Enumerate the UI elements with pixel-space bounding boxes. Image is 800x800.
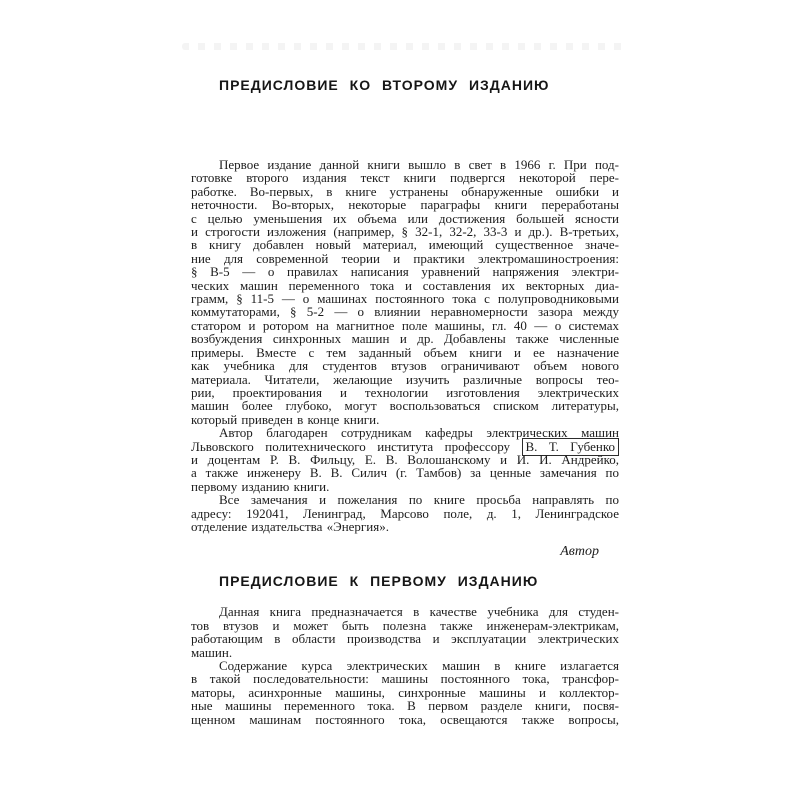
text-line: неточности. Во-вторых, некоторые парагра… — [191, 198, 619, 211]
section-title: ПРЕДИСЛОВИЕ КО ВТОРОМУ ИЗДАНИЮ — [219, 78, 619, 92]
text-line: ние для современной теории и практики эл… — [191, 252, 619, 265]
text-line: который приведен в конце книги. — [191, 413, 619, 426]
section-title: ПРЕДИСЛОВИЕ К ПЕРВОМУ ИЗДАНИЮ — [219, 574, 619, 588]
text-line: тов втузов и может быть полезна также ин… — [191, 619, 619, 632]
paragraph: Все замечания и пожелания по книге прось… — [191, 493, 619, 533]
paragraph: Содержание курса электрических машин в к… — [191, 659, 619, 726]
text-line: щенном машинам постоянного тока, освещаю… — [191, 713, 619, 726]
text-line: работке. Во-первых, в книге устранены об… — [191, 185, 619, 198]
text-line: и доцентам Р. В. Фильцу, Е. В. Волошанск… — [191, 453, 619, 466]
paragraph: Автор благодарен сотрудникам кафедры эле… — [191, 426, 619, 493]
text-line: Данная книга предназначается в качестве … — [191, 605, 619, 618]
text-line: машин. — [191, 646, 619, 659]
text-line: возбуждения синхронных машин и др. Добав… — [191, 332, 619, 345]
text-line: грамм, § 11-5 — о машинах постоянного то… — [191, 292, 619, 305]
text-line: рии, проектирования и технологии изготов… — [191, 386, 619, 399]
text-line: в книгу добавлен новый материал, имеющий… — [191, 238, 619, 251]
text-line: работающим в области производства и эксп… — [191, 632, 619, 645]
text-line: Все замечания и пожелания по книге прось… — [191, 493, 619, 506]
text-line: Львовского политехнического института пр… — [191, 440, 619, 453]
paragraph: Первое издание данной книги вышло в свет… — [191, 158, 619, 426]
text-line: а также инженеру В. В. Силич (г. Тамбов)… — [191, 466, 619, 479]
text-line: готовке второго издания текст книги подв… — [191, 171, 619, 184]
text-line: § В-5 — о правилах написания уравнений н… — [191, 265, 619, 278]
text-line: в такой последовательности: машины посто… — [191, 672, 619, 685]
text-line: маторы, асинхронные машины, синхронные м… — [191, 686, 619, 699]
text-line: первому изданию книги. — [191, 480, 619, 493]
text-line: ческих машин переменного тока и составле… — [191, 279, 619, 292]
text-line: материала. Читатели, желающие изучить ра… — [191, 373, 619, 386]
text-line: Содержание курса электрических машин в к… — [191, 659, 619, 672]
text-line: примеры. Вместе с тем заданный объем кни… — [191, 346, 619, 359]
text-line: и строгости изложения (например, § 32-1,… — [191, 225, 619, 238]
text-line: машин более глубоко, могут воспользовать… — [191, 399, 619, 412]
scan-artifact-dots — [182, 43, 630, 50]
page-text-block: ПРЕДИСЛОВИЕ КО ВТОРОМУ ИЗДАНИЮПервое изд… — [191, 78, 619, 726]
book-page: ПРЕДИСЛОВИЕ КО ВТОРОМУ ИЗДАНИЮПервое изд… — [0, 0, 800, 800]
text-line: с целью уменьшения их объема или достиже… — [191, 212, 619, 225]
text-line: Первое издание данной книги вышло в свет… — [191, 158, 619, 171]
text-line: адресу: 192041, Ленинград, Марсово поле,… — [191, 507, 619, 520]
preface-section-2: ПРЕДИСЛОВИЕ К ПЕРВОМУ ИЗДАНИЮДанная книг… — [191, 574, 619, 726]
preface-section-1: ПРЕДИСЛОВИЕ КО ВТОРОМУ ИЗДАНИЮПервое изд… — [191, 78, 619, 559]
text-line: отделение издательства «Энергия». — [191, 520, 619, 533]
text-line: статором и ротором на магнитное поле маш… — [191, 319, 619, 332]
author-signature: Автор — [191, 545, 619, 559]
text-line: ные машины переменного тока. В первом ра… — [191, 699, 619, 712]
text-line: коммутаторами, § 5-2 — о влиянии неравно… — [191, 305, 619, 318]
paragraph: Данная книга предназначается в качестве … — [191, 605, 619, 659]
text-line: как учебника для студентов втузов ограни… — [191, 359, 619, 372]
